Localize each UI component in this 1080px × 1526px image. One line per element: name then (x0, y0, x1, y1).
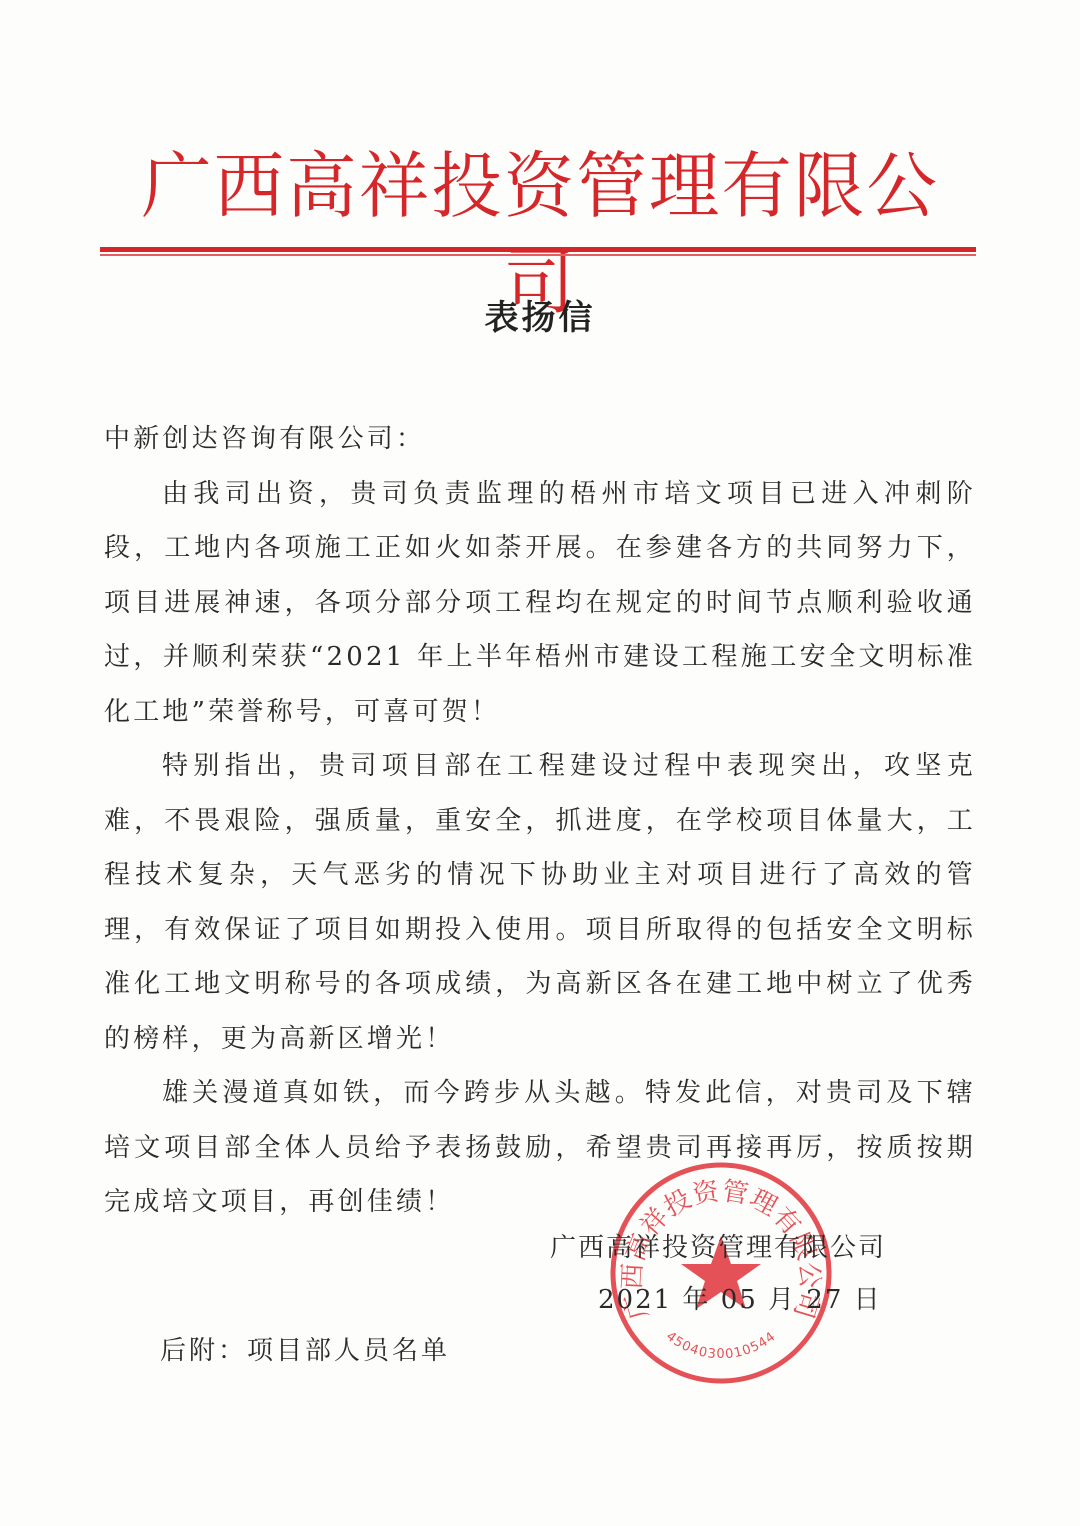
paragraph-2: 特别指出，贵司项目部在工程建设过程中表现突出，攻坚克难，不畏艰险，强质量，重安全… (104, 739, 976, 1066)
salutation: 中新创达咨询有限公司： (104, 412, 976, 467)
attachment-note: 后附：项目部人员名单 (160, 1330, 450, 1367)
paragraph-1: 由我司出资，贵司负责监理的梧州市培文项目已进入冲刺阶段，工地内各项施工正如火如荼… (104, 467, 976, 740)
signature-company: 广西高祥投资管理有限公司 (550, 1222, 910, 1274)
seal-code: 4504030010544 (663, 1329, 779, 1362)
signature-block: 广西高祥投资管理有限公司 2021 年 05 月 27 日 (550, 1222, 910, 1326)
document-title: 表扬信 (0, 290, 1080, 339)
letterhead-divider-thin (100, 254, 976, 256)
signature-date: 2021 年 05 月 27 日 (550, 1274, 910, 1326)
letter-body: 中新创达咨询有限公司： 由我司出资，贵司负责监理的梧州市培文项目已进入冲刺阶段，… (104, 412, 976, 1230)
letterhead-divider (100, 247, 976, 252)
svg-text:4504030010544: 4504030010544 (663, 1329, 779, 1362)
paragraph-3: 雄关漫道真如铁，而今跨步从头越。特发此信，对贵司及下辖培文项目部全体人员给予表扬… (104, 1066, 976, 1230)
